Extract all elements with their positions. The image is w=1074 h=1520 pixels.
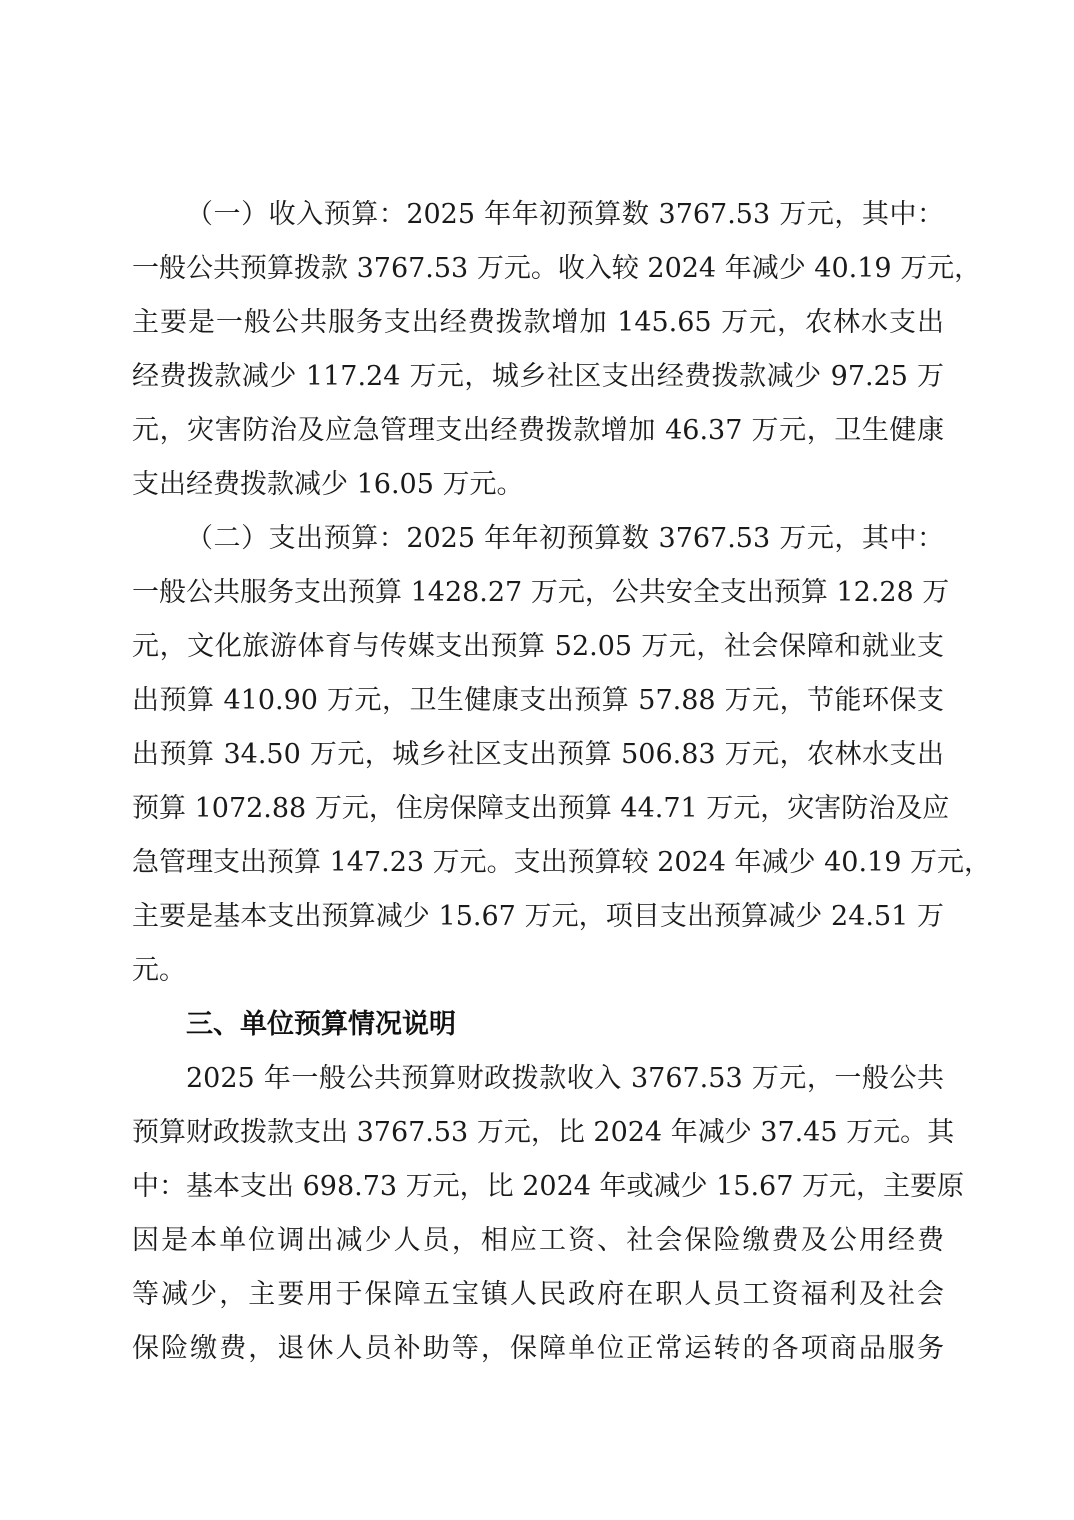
section-heading: 三、单位预算情况说明	[186, 1005, 456, 1045]
text-line: 中：基本支出 698.73 万元，比 2024 年或减少 15.67 万元，主要…	[132, 1167, 944, 1207]
text-line: 主要是一般公共服务支出经费拨款增加 145.65 万元，农林水支出	[132, 303, 944, 343]
text-line: 预算财政拨款支出 3767.53 万元，比 2024 年减少 37.45 万元。…	[132, 1113, 944, 1153]
text-line: 元，文化旅游体育与传媒支出预算 52.05 万元，社会保障和就业支	[132, 627, 944, 667]
text-line: 出预算 34.50 万元，城乡社区支出预算 506.83 万元，农林水支出	[132, 735, 944, 775]
text-line: 因是本单位调出减少人员，相应工资、社会保险缴费及公用经费	[132, 1221, 944, 1261]
text-line: （一）收入预算：2025 年年初预算数 3767.53 万元，其中：	[186, 195, 944, 235]
text-line: 出预算 410.90 万元，卫生健康支出预算 57.88 万元，节能环保支	[132, 681, 944, 721]
text-line: 主要是基本支出预算减少 15.67 万元，项目支出预算减少 24.51 万	[132, 897, 944, 937]
text-line: 预算 1072.88 万元，住房保障支出预算 44.71 万元，灾害防治及应	[132, 789, 944, 829]
text-line: 等减少，主要用于保障五宝镇人民政府在职人员工资福利及社会	[132, 1275, 944, 1315]
document-page: （一）收入预算：2025 年年初预算数 3767.53 万元，其中： 一般公共预…	[0, 0, 1074, 1520]
text-line: 元。	[132, 951, 944, 991]
text-line: 一般公共服务支出预算 1428.27 万元，公共安全支出预算 12.28 万	[132, 573, 944, 613]
text-line: 保险缴费，退休人员补助等，保障单位正常运转的各项商品服务	[132, 1329, 944, 1369]
text-line: 2025 年一般公共预算财政拨款收入 3767.53 万元，一般公共	[186, 1059, 944, 1099]
text-line: 急管理支出预算 147.23 万元。支出预算较 2024 年减少 40.19 万…	[132, 843, 944, 883]
text-line: 一般公共预算拨款 3767.53 万元。收入较 2024 年减少 40.19 万…	[132, 249, 944, 289]
text-line: （二）支出预算：2025 年年初预算数 3767.53 万元，其中：	[186, 519, 944, 559]
text-line: 经费拨款减少 117.24 万元，城乡社区支出经费拨款减少 97.25 万	[132, 357, 944, 397]
text-line: 元，灾害防治及应急管理支出经费拨款增加 46.37 万元，卫生健康	[132, 411, 944, 451]
text-line: 支出经费拨款减少 16.05 万元。	[132, 465, 944, 505]
